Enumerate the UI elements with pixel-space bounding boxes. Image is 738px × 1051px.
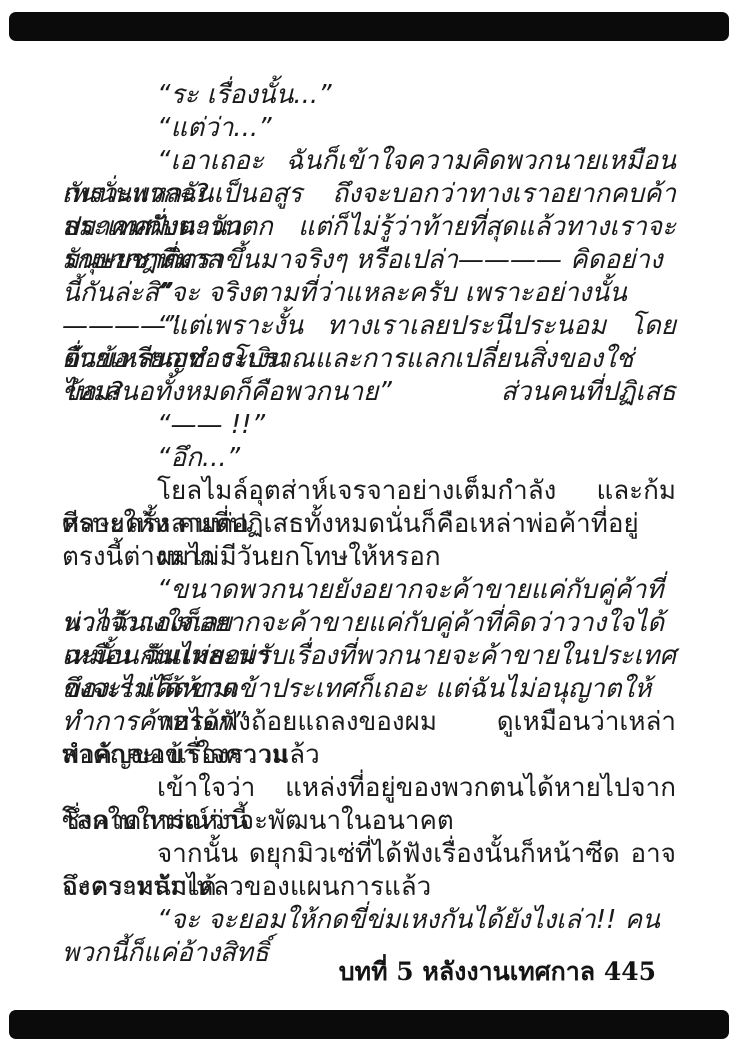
text-block: “ระ เรื่องนั้น...”“แต่ว่า...”“เอาเถอะ ฉั… [62, 79, 676, 937]
text-line: “อึก...” [62, 442, 676, 475]
text-line: เข้าใจว่า แหล่งที่อยู่ของพวกตนได้หายไปจา… [62, 772, 676, 805]
text-line: โยลไมล์อุตส่าห์เจรจาอย่างเต็มกำลัง และก้… [62, 475, 676, 508]
text-line: ถึงจะไม่ได้ห้ามเข้าประเทศก็เถอะ แต่ฉันไม… [62, 673, 676, 706]
chapter-footer: บทที่ 5 หลังงานเทศกาล 445 [339, 952, 656, 992]
text-line: ฉะนั้น ฉันไม่ยอมรับเรื่องที่พวกนายจะค้าข… [62, 640, 676, 673]
page-top-edge-bar [9, 12, 729, 41]
text-line: จากนั้น ดยุกมิวเซ่ที่ได้ฟังเรื่องนั้นก็ห… [62, 838, 676, 871]
text-line: ซึ่งคาดการณ์ว่าจะพัฒนาในอนาคต [62, 805, 676, 838]
text-line: เพราะพวกฉันเป็นอสูร ถึงจะบอกว่าทางเราอยา… [62, 178, 676, 211]
text-line: “เอาเถอะ ฉันก็เข้าใจความคิดพวกนายเหมือนก… [62, 145, 676, 178]
text-line: “ระ เรื่องนั้น...” [62, 79, 676, 112]
text-line: หลายครั้ง คนที่ปฏิเสธทั้งหมดนั่นก็คือเหล… [62, 508, 676, 541]
text-line: ประเทศฝั่งตะวันตก แต่ก็ไม่รู้ว่าท้ายที่ส… [62, 211, 676, 244]
text-line: ถึงความล้มเหลวของแผนการแล้ว [62, 871, 676, 904]
text-line: มนุษยชาติตราขึ้นมาจริงๆ หรือเปล่า———— คิ… [62, 244, 676, 277]
text-line: “จะ จะยอมให้กดขี่ข่มเหงกันได้ยังไงเล่า!!… [62, 904, 676, 937]
text-line: ด้วยเหรียญทองโบราณและการแลกเปลี่ยนสิ่งขอ… [62, 343, 676, 376]
book-page: “ระ เรื่องนั้น...”“แต่ว่า...”“เอาเถอะ ฉั… [0, 0, 738, 1051]
text-line: พวกฉันเองก็อยากจะค้าขายแค่กับคู่ค้าที่คิ… [62, 607, 676, 640]
text-line: “—— !!” [62, 409, 676, 442]
page-bottom-edge-bar [9, 1010, 729, 1039]
text-line: “ขนาดพวกนายยังอยากจะค้าขายแค่กับคู่ค้าที… [62, 574, 676, 607]
text-line: สำคัญของเรื่องราวแล้ว [62, 739, 676, 772]
text-line: “แต่ว่า...” [62, 112, 676, 145]
